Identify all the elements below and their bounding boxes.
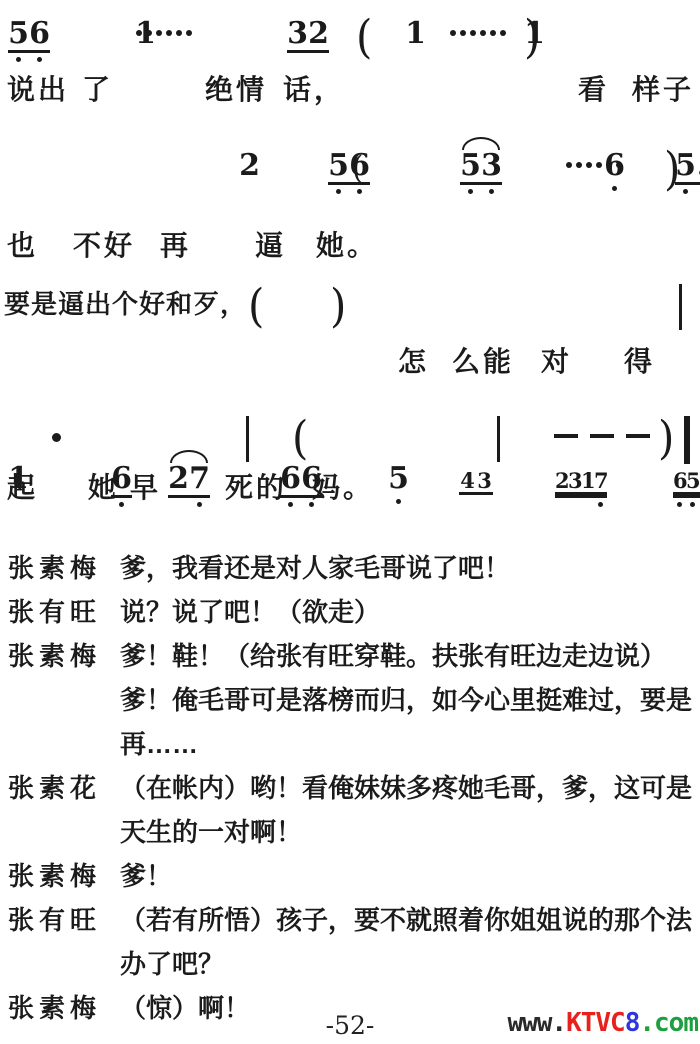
- duration-dash: [590, 434, 614, 438]
- dot: [156, 30, 162, 36]
- speaker-name: 张素梅: [8, 546, 120, 590]
- octave-dot-cell: [594, 502, 607, 507]
- dot: [460, 30, 466, 36]
- octave-dot-cell: [555, 502, 568, 507]
- lyric-word: 不好: [73, 230, 135, 262]
- speaker-name: 张素梅: [8, 634, 120, 678]
- lyric-word: 死的: [225, 472, 287, 504]
- note-digit: 6: [673, 469, 686, 492]
- note-group: 1: [405, 18, 426, 50]
- note-digits: 2: [239, 150, 260, 182]
- slur-arc: [462, 137, 500, 150]
- octave-dot: [288, 502, 293, 507]
- octave-dot-cell: [29, 57, 50, 62]
- note-digit: 3: [476, 469, 493, 492]
- dialogue-line: （若有所悟）孩子，要不就照着你姐姐说的那个法: [120, 898, 694, 942]
- octave-dot-cell: [349, 189, 370, 194]
- dot: [500, 30, 506, 36]
- octave-dots: [388, 499, 409, 504]
- continuation-dots: [450, 30, 506, 36]
- dialogue-line: 爹，我看还是对人家毛哥说了吧！: [120, 546, 694, 590]
- octave-dot-cell: [686, 502, 699, 507]
- dialogue-line: 爹！俺毛哥可是落榜而归，如今心里挺难过，要是: [120, 678, 694, 722]
- note-digits: 6561: [673, 469, 700, 495]
- octave-dots: [168, 502, 210, 507]
- dialogue-text: 说？说了吧！（欲走）: [120, 590, 694, 634]
- dialogue-row: 张有旺（若有所悟）孩子，要不就照着你姐姐说的那个法办了吧？: [8, 898, 694, 986]
- slur-arc: [170, 450, 208, 463]
- lyric-word: 对: [541, 346, 572, 378]
- note-digit: 7: [594, 469, 607, 492]
- note-digit: 5: [686, 469, 699, 492]
- lyric-word: 么能: [452, 346, 514, 378]
- dialogue-text: 爹！鞋！（给张有旺穿鞋。扶张有旺边走边说）爹！俺毛哥可是落榜而归，如今心里挺难过…: [120, 634, 694, 766]
- dot: [176, 30, 182, 36]
- barline: [679, 284, 682, 330]
- speaker-name: 张素花: [8, 766, 120, 810]
- octave-dot-cell: [696, 189, 700, 194]
- note-digit: 3: [568, 469, 581, 492]
- octave-dots: [604, 186, 625, 191]
- speaker-name: 张素梅: [8, 854, 120, 898]
- note-digit: 3: [481, 150, 502, 182]
- note-digit: 5: [460, 150, 481, 182]
- note-digit: 3: [287, 18, 308, 50]
- dot: [136, 30, 142, 36]
- note-group: 6: [604, 150, 625, 191]
- octave-dot: [336, 189, 341, 194]
- dialogue-line: 爹！: [120, 854, 694, 898]
- note-digit: 6: [29, 18, 50, 50]
- octave-dot-cell: [328, 189, 349, 194]
- inline-lyric-text: 要是逼出个好和歹，: [4, 287, 247, 321]
- octave-dot: [677, 502, 682, 507]
- dialogue-row: 张素梅爹！: [8, 854, 694, 898]
- octave-dot-cell: [168, 502, 189, 507]
- augmentation-dot: .: [696, 150, 700, 182]
- note-group: 53: [460, 150, 502, 194]
- octave-dot: [489, 189, 494, 194]
- parenthesis: (: [248, 281, 264, 332]
- dialogue-line: 爹！鞋！（给张有旺穿鞋。扶张有旺边走边说）: [120, 634, 694, 678]
- watermark-segment: 8: [625, 1008, 640, 1038]
- note-digit: 2: [555, 469, 568, 492]
- music-notation: 561321(1)0576说出了绝情话，看样子2565365.(6765)也不好…: [0, 0, 700, 88]
- lyric-word: 怎: [398, 346, 429, 378]
- octave-dot: [468, 189, 473, 194]
- lyric-word: 早: [130, 472, 161, 504]
- lyric-word: 得: [624, 346, 655, 378]
- octave-dot-cell: [481, 189, 502, 194]
- dialogue-row: 张素梅爹！鞋！（给张有旺穿鞋。扶张有旺边走边说）爹！俺毛哥可是落榜而归，如今心里…: [8, 634, 694, 766]
- watermark-segment: .com: [639, 1008, 698, 1038]
- note-digits: 32: [287, 18, 329, 53]
- note-group: 43: [459, 469, 493, 495]
- score-page: 561321(1)0576说出了绝情话，看样子2565365.(6765)也不好…: [0, 0, 700, 1044]
- octave-dots: [555, 502, 607, 507]
- note-group: 32: [287, 18, 329, 53]
- parenthesis: ): [524, 12, 540, 63]
- lyric-word: 逼: [255, 230, 286, 262]
- octave-dot: [396, 499, 401, 504]
- note-group: 27: [168, 463, 210, 507]
- note-group: 2: [239, 150, 260, 182]
- parenthesis: (: [356, 12, 372, 63]
- continuation-dots: [566, 162, 622, 168]
- dialogue-line: 再……: [120, 722, 694, 766]
- octave-dot: [16, 57, 21, 62]
- lyric-word: 话，: [283, 74, 345, 106]
- octave-dot: [357, 189, 362, 194]
- note-digit: 1: [581, 469, 594, 492]
- watermark-segment: KTVC: [566, 1008, 625, 1038]
- note-group: 5: [388, 463, 409, 504]
- dialogue-row: 张素梅爹，我看还是对人家毛哥说了吧！: [8, 546, 694, 590]
- dialogue-text: （在帐内）哟！看俺妹妹多疼她毛哥，爹，这可是天生的一对啊！: [120, 766, 694, 854]
- note-digit: 2: [239, 150, 260, 182]
- continuation-dots: [136, 30, 192, 36]
- note-digits: 2317: [555, 469, 607, 495]
- note-digit: 5: [388, 463, 409, 495]
- dot: [480, 30, 486, 36]
- dot: [606, 162, 612, 168]
- dot: [490, 30, 496, 36]
- duration-dash: [554, 434, 578, 438]
- note-group: 2317: [555, 469, 607, 507]
- dialogue-text: 爹！: [120, 854, 694, 898]
- parenthesis: ): [330, 281, 346, 332]
- octave-dot-cell: [189, 502, 210, 507]
- octave-dot-cell: [604, 186, 625, 191]
- note-digit: 4: [459, 469, 476, 492]
- dot: [146, 30, 152, 36]
- dialogue-line: 说？说了吧！（欲走）: [120, 590, 694, 634]
- octave-dots: [328, 189, 370, 194]
- lyric-word: 她。: [316, 230, 378, 262]
- speaker-name: 张有旺: [8, 590, 120, 634]
- octave-dot-cell: [673, 502, 686, 507]
- octave-dots: [8, 57, 50, 62]
- dialogue-text: （若有所悟）孩子，要不就照着你姐姐说的那个法办了吧？: [120, 898, 694, 986]
- parenthesis: ): [664, 144, 680, 195]
- dialogue-text: 爹，我看还是对人家毛哥说了吧！: [120, 546, 694, 590]
- octave-dots: [460, 189, 502, 194]
- octave-dot: [197, 502, 202, 507]
- octave-dot: [119, 502, 124, 507]
- barline: [497, 416, 500, 462]
- note-group: 56: [328, 150, 370, 194]
- dialogue-row: 张素花（在帐内）哟！看俺妹妹多疼她毛哥，爹，这可是天生的一对啊！: [8, 766, 694, 854]
- dot: [450, 30, 456, 36]
- parenthesis: (: [292, 413, 308, 464]
- dialogue-line: （在帐内）哟！看俺妹妹多疼她毛哥，爹，这可是: [120, 766, 694, 810]
- note-digit: 2: [168, 463, 189, 495]
- barline: [246, 416, 249, 462]
- dot: [186, 30, 192, 36]
- octave-dot: [37, 57, 42, 62]
- note-digit: 5: [328, 150, 349, 182]
- lyric-word: 她: [88, 472, 119, 504]
- note-digits: 1: [405, 18, 426, 50]
- octave-dot: [598, 502, 603, 507]
- note-digit: 1: [405, 18, 426, 50]
- note-group: 56: [8, 18, 50, 62]
- note-digit: 7: [189, 463, 210, 495]
- octave-dots: [673, 502, 700, 507]
- note-digits: 5: [388, 463, 409, 495]
- octave-dot-cell: [388, 499, 409, 504]
- augmentation-dot: [52, 433, 61, 442]
- lyric-word: 了: [82, 74, 113, 106]
- dot: [596, 162, 602, 168]
- parenthesis: (: [352, 150, 363, 186]
- dialogue-section: 张素梅爹，我看还是对人家毛哥说了吧！张有旺说？说了吧！（欲走）张素梅爹！鞋！（给…: [8, 546, 694, 1030]
- lyric-word: 看: [578, 74, 609, 106]
- dot: [586, 162, 592, 168]
- note-group: 6561: [673, 469, 700, 507]
- lyric-word: 妈。: [312, 472, 374, 504]
- octave-dot-cell: [8, 57, 29, 62]
- lyric-word: 再: [160, 230, 191, 262]
- octave-dot: [690, 502, 695, 507]
- watermark-segment: www.: [507, 1008, 566, 1038]
- lyric-word: 也: [7, 230, 38, 262]
- lyric-word: 样子: [632, 74, 694, 106]
- duration-dash: [626, 434, 650, 438]
- octave-dot-cell: [460, 189, 481, 194]
- note-digits: 27: [168, 463, 210, 498]
- octave-dot: [683, 189, 688, 194]
- note-digits: 53: [460, 150, 502, 185]
- note-digit: 5: [8, 18, 29, 50]
- note-digits: 56: [8, 18, 50, 53]
- dialogue-row: 张有旺说？说了吧！（欲走）: [8, 590, 694, 634]
- final-barline: [684, 416, 690, 464]
- octave-dot-cell: [581, 502, 594, 507]
- octave-dot-cell: [568, 502, 581, 507]
- lyric-word: 说出: [7, 74, 69, 106]
- dot: [470, 30, 476, 36]
- dot: [166, 30, 172, 36]
- dot: [616, 162, 622, 168]
- note-digits: 43: [459, 469, 493, 495]
- watermark: www.KTVC8.com: [507, 1008, 698, 1038]
- dot: [576, 162, 582, 168]
- note-digit: 2: [308, 18, 329, 50]
- octave-dot: [612, 186, 617, 191]
- dialogue-line: 办了吧？: [120, 942, 694, 986]
- lyric-word: 绝情: [205, 74, 267, 106]
- lyric-word: 起: [7, 472, 38, 504]
- parenthesis: ): [658, 413, 674, 464]
- speaker-name: 张有旺: [8, 898, 120, 942]
- note-digits: 56: [328, 150, 370, 185]
- dialogue-line: 天生的一对啊！: [120, 810, 694, 854]
- dot: [566, 162, 572, 168]
